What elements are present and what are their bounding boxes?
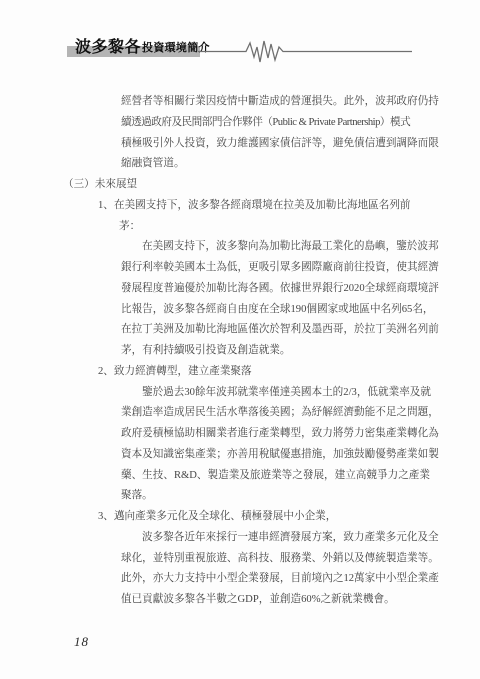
text-line: 3、邁向產業多元化及全球化、積極發展中小企業， (98, 507, 475, 528)
text-line: 政府爰積極協助相關業者進行產業轉型，致力將勞力密集產業轉化為 (121, 424, 475, 445)
text-line: 業創造率造成居民生活水準落後美國；為紓解經濟動能不足之問題， (121, 403, 475, 424)
text-line: 發展程度普遍優於加勒比海各國。依據世界銀行2020全球經商環境評 (121, 279, 475, 300)
header-title-main: 波多黎各 (75, 38, 141, 57)
heartbeat-line-icon (198, 36, 414, 68)
text-line: 球化，並特別重視旅遊、高科技、服務業、外銷以及傳統製造業等。 (121, 549, 475, 570)
text-line: 比報告，波多黎各經商自由度在全球190個國家或地區中名列65名， (121, 300, 475, 321)
text-line: 此外，亦大力支持中小型企業發展，目前境內之12萬家中小型企業產 (121, 569, 475, 590)
text-line: 在美國支持下，波多黎向為加勒比海最工業化的島嶼，鑒於波邦 (142, 237, 475, 258)
text-line: 茅，有利持續吸引投資及創造就業。 (121, 341, 475, 362)
text-line: 銀行利率較美國本土為低，更吸引眾多國際廠商前往投資，使其經濟 (121, 258, 475, 279)
document-page: 波多黎各投資環境簡介 經營者等相關行業因疫情中斷造成的營運損失。此外，波邦政府仍… (0, 0, 480, 679)
text-line: 鑒於過去30餘年波邦就業率僅達美國本土的2/3，低就業率及就 (142, 383, 475, 404)
text-line: （三）未來展望 (63, 175, 475, 196)
page-number: 18 (74, 634, 89, 650)
text-line: 經營者等相關行業因疫情中斷造成的營運損失。此外，波邦政府仍持 (121, 92, 475, 113)
text-line: 續透過政府及民間部門合作夥伴（Public & Private Partners… (121, 113, 475, 134)
text-line: 資本及知識密集產業；亦善用稅賦優惠措施，加強鼓勵優勢產業如製 (121, 445, 475, 466)
text-line: 2、致力經濟轉型，建立產業聚落 (98, 362, 475, 383)
text-line: 1、在美國支持下，波多黎各經商環境在拉美及加勒比海地區名列前 (98, 196, 475, 217)
text-line: 波多黎各近年來採行一連串經濟發展方案，致力產業多元化及全 (142, 528, 475, 549)
text-line: 茅： (119, 217, 475, 238)
page-header-title: 波多黎各投資環境簡介 (75, 37, 210, 57)
document-body-text: 經營者等相關行業因疫情中斷造成的營運損失。此外，波邦政府仍持續透過政府及民間部門… (63, 92, 475, 611)
text-line: 聚落。 (121, 486, 475, 507)
text-line: 藥、生技、R&D、製造業及旅遊業等之發展，建立高競爭力之產業 (121, 466, 475, 487)
text-line: 縮融資管道。 (121, 154, 475, 175)
text-line: 值已貢獻波多黎各半數之GDP，並創造60%之新就業機會。 (121, 590, 475, 611)
text-line: 在拉丁美洲及加勒比海地區僅次於智利及墨西哥，於拉丁美洲名列前 (121, 320, 475, 341)
text-line: 積極吸引外人投資，致力維護國家債信評等，避免債信遭到調降而限 (121, 134, 475, 155)
